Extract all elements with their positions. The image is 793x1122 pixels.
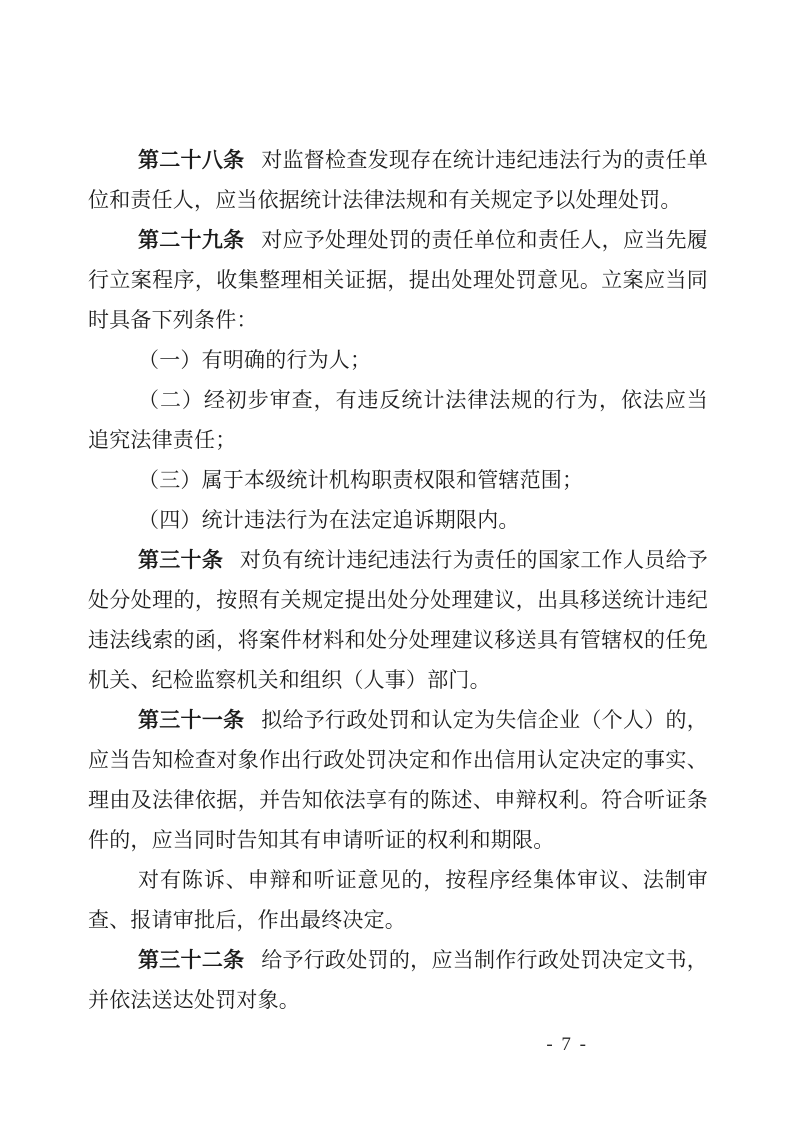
paragraph-article-32: 第三十二条给予行政处罚的，应当制作行政处罚决定文书，并依法送达处罚对象。 [88, 940, 708, 1020]
paragraph-text: 对有陈诉、申辩和听证意见的，按程序经集体审议、法制审查、报请审批后，作出最终决定… [88, 868, 708, 932]
paragraph-article-28: 第二十八条对监督检查发现存在统计违纪违法行为的责任单位和责任人，应当依据统计法律… [88, 140, 708, 220]
article-number-label: 第二十九条 [138, 228, 244, 252]
page-number: - 7 - [546, 1034, 588, 1055]
paragraph-item-4: （四）统计违法行为在法定追诉期限内。 [88, 500, 708, 540]
document-body: 第二十八条对监督检查发现存在统计违纪违法行为的责任单位和责任人，应当依据统计法律… [88, 140, 708, 1020]
article-number-label: 第三十条 [138, 548, 223, 572]
paragraph-item-1: （一）有明确的行为人； [88, 340, 708, 380]
paragraph-article-31-continuation: 对有陈诉、申辩和听证意见的，按程序经集体审议、法制审查、报请审批后，作出最终决定… [88, 860, 708, 940]
article-number-label: 第二十八条 [138, 148, 244, 172]
paragraph-article-29: 第二十九条对应予处理处罚的责任单位和责任人，应当先履行立案程序，收集整理相关证据… [88, 220, 708, 340]
page-footer: - 7 - [88, 1030, 708, 1060]
paragraph-text: （一）有明确的行为人； [138, 348, 371, 372]
paragraph-item-3: （三）属于本级统计机构职责权限和管辖范围； [88, 460, 708, 500]
article-number-label: 第三十二条 [138, 948, 244, 972]
paragraph-article-31: 第三十一条拟给予行政处罚和认定为失信企业（个人）的，应当告知检查对象作出行政处罚… [88, 700, 708, 860]
paragraph-item-2: （二）经初步审查，有违反统计法律法规的行为，依法应当追究法律责任； [88, 380, 708, 460]
paragraph-text: （二）经初步审查，有违反统计法律法规的行为，依法应当追究法律责任； [88, 388, 708, 452]
article-number-label: 第三十一条 [138, 708, 244, 732]
paragraph-article-30: 第三十条对负有统计违纪违法行为责任的国家工作人员给予处分处理的，按照有关规定提出… [88, 540, 708, 700]
paragraph-text: （四）统计违法行为在法定追诉期限内。 [138, 508, 520, 532]
paragraph-text: （三）属于本级统计机构职责权限和管辖范围； [138, 468, 583, 492]
document-page: 第二十八条对监督检查发现存在统计违纪违法行为的责任单位和责任人，应当依据统计法律… [0, 0, 793, 1122]
